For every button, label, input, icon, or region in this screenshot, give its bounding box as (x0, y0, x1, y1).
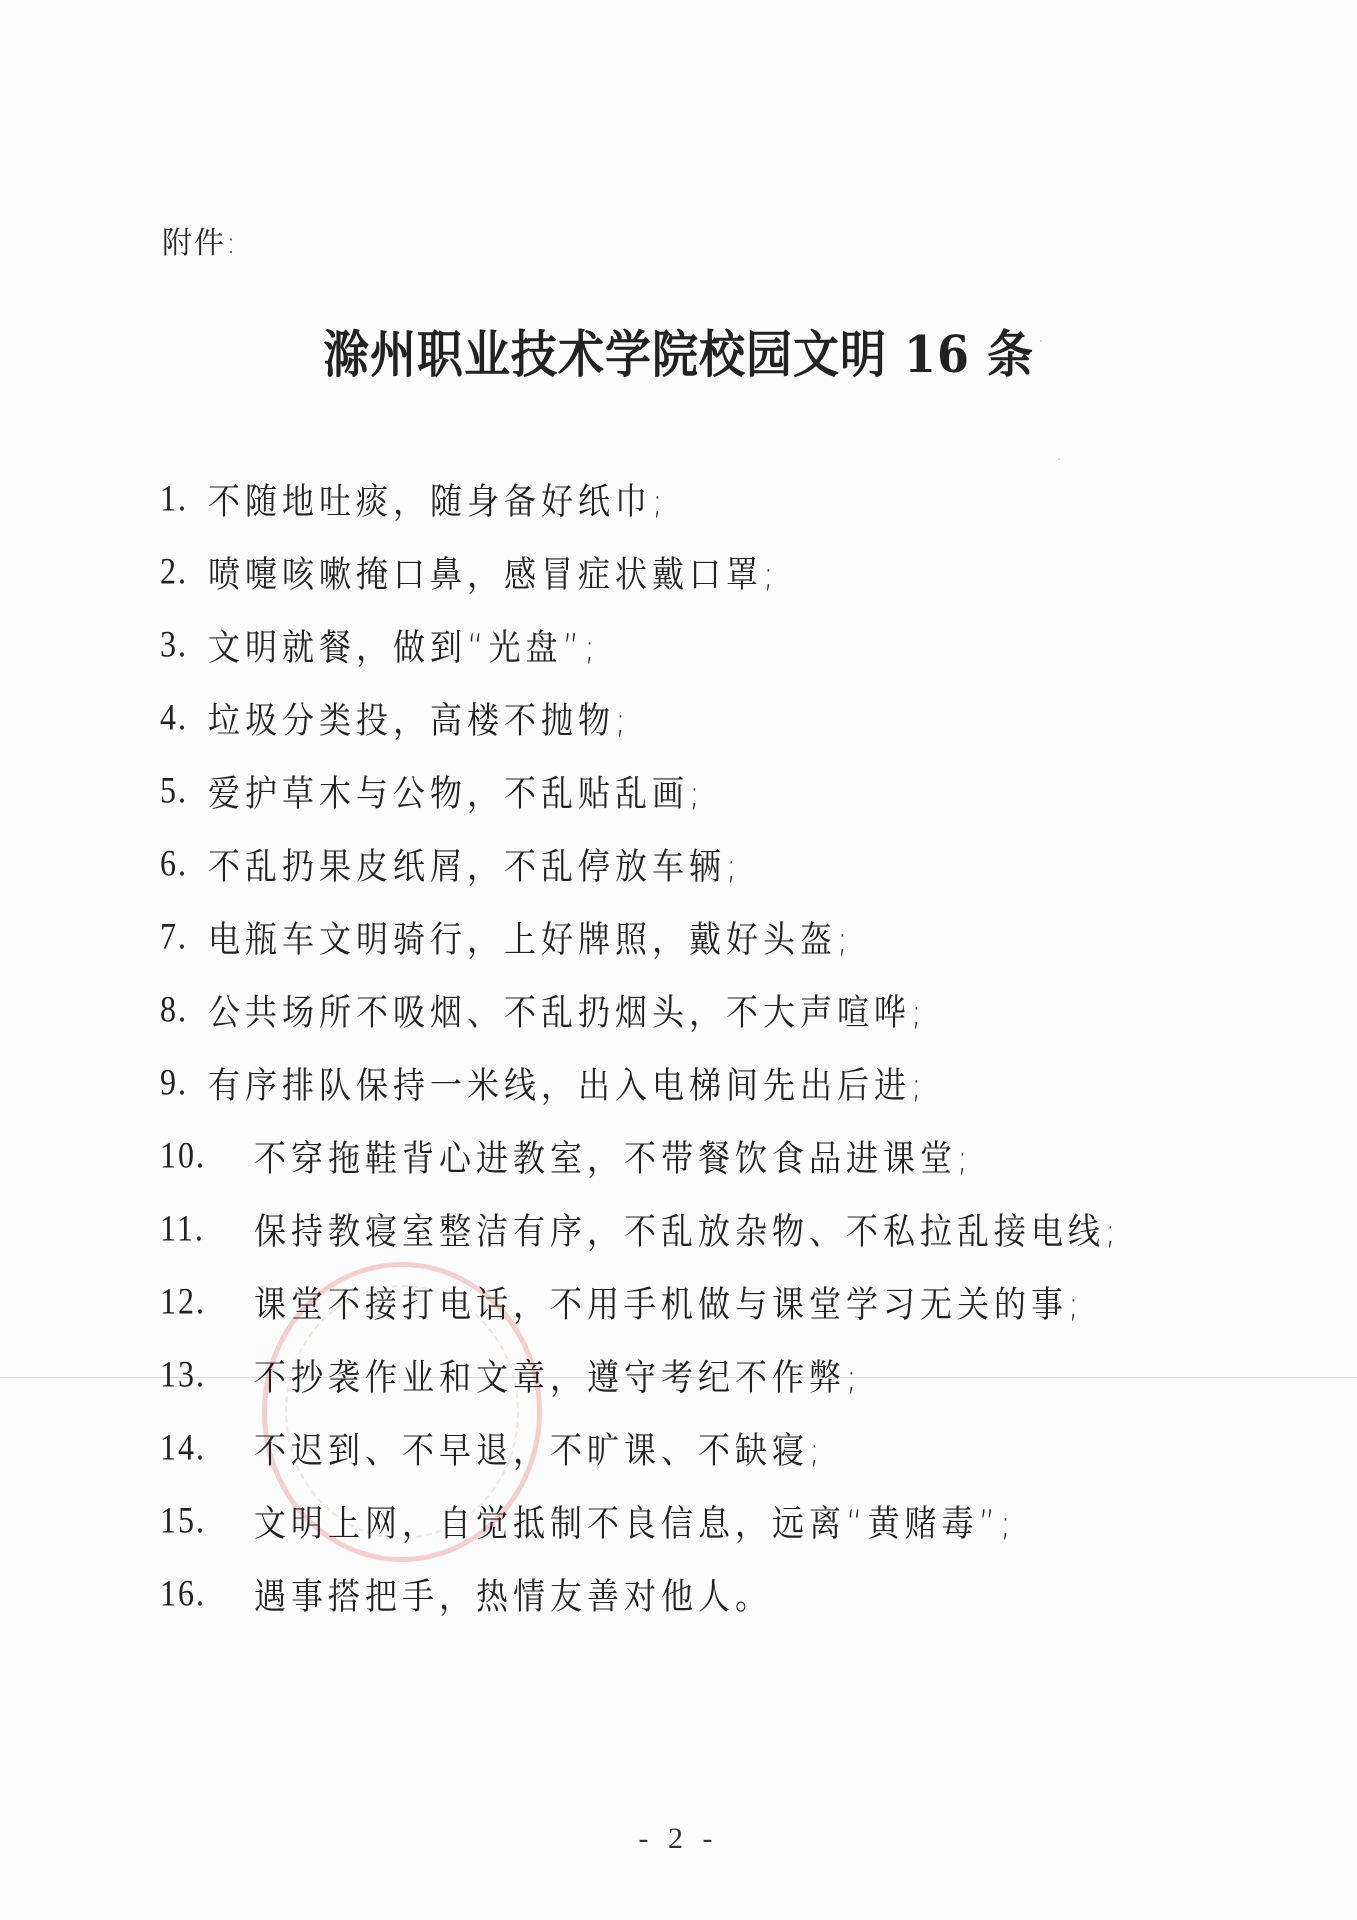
rule-item: 16. 遇事搭把手，热情友善对他人。 (160, 1557, 1121, 1630)
rule-number: 2. (160, 550, 208, 593)
rule-number: 12. (160, 1280, 254, 1323)
rule-item: 1. 不随地吐痰，随身备好纸巾; (160, 462, 1121, 535)
rule-text: 不随地吐痰，随身备好纸巾; (208, 473, 668, 525)
rule-number: 3. (160, 623, 208, 666)
rule-text: 保持教寝室整洁有序，不乱放杂物、不私拉乱接电线; (254, 1203, 1121, 1255)
rule-text: 不迟到、不早退，不旷课、不缺寝; (254, 1422, 825, 1474)
rule-number: 16. (160, 1572, 254, 1615)
rule-text: 遇事搭把手，热情友善对他人。 (254, 1568, 772, 1620)
page-number: - 2 - (0, 1822, 1357, 1856)
rule-item: 11. 保持教寝室整洁有序，不乱放杂物、不私拉乱接电线; (160, 1192, 1121, 1265)
rule-text: 爱护草木与公物，不乱贴乱画; (208, 765, 705, 817)
rule-item: 5. 爱护草木与公物，不乱贴乱画; (160, 754, 1121, 827)
rule-number: 8. (160, 988, 208, 1031)
rule-text: 课堂不接打电话，不用手机做与课堂学习无关的事; (254, 1276, 1084, 1328)
document-title: 滁州职业技术学院校园文明 16 条 (0, 315, 1357, 388)
rule-text: 有序排队保持一米线，出入电梯间先出后进; (208, 1057, 927, 1109)
rule-number: 6. (160, 842, 208, 885)
rule-number: 15. (160, 1499, 254, 1542)
rule-number: 13. (160, 1353, 254, 1396)
rule-item: 3. 文明就餐，做到“光盘”; (160, 608, 1121, 681)
scan-artifact-dot (1058, 458, 1060, 460)
rule-item: 12. 课堂不接打电话，不用手机做与课堂学习无关的事; (160, 1265, 1121, 1338)
rule-text: 不穿拖鞋背心进教室，不带餐饮食品进课堂; (254, 1130, 973, 1182)
rule-number: 5. (160, 769, 208, 812)
rule-item: 14. 不迟到、不早退，不旷课、不缺寝; (160, 1411, 1121, 1484)
rule-text: 文明上网，自觉抵制不良信息，远离“黄赌毒”; (254, 1495, 1016, 1547)
rule-number: 14. (160, 1426, 254, 1469)
attachment-label: 附件: (162, 218, 238, 262)
rule-number: 4. (160, 696, 208, 739)
rule-item: 7. 电瓶车文明骑行，上好牌照，戴好头盔; (160, 900, 1121, 973)
rule-number: 7. (160, 915, 208, 958)
rule-number: 10. (160, 1134, 254, 1177)
rules-list: 1. 不随地吐痰，随身备好纸巾; 2. 喷嚏咳嗽掩口鼻，感冒症状戴口罩; 3. … (160, 462, 1121, 1630)
rule-number: 9. (160, 1061, 208, 1104)
rule-text: 文明就餐，做到“光盘”; (208, 619, 600, 671)
rule-item: 13. 不抄袭作业和文章，遵守考纪不作弊; (160, 1338, 1121, 1411)
rule-number: 1. (160, 477, 208, 520)
document-page: 附件: 滁州职业技术学院校园文明 16 条 1. 不随地吐痰，随身备好纸巾; 2… (0, 0, 1357, 1920)
rule-text: 不乱扔果皮纸屑，不乱停放车辆; (208, 838, 742, 890)
rule-text: 公共场所不吸烟、不乱扔烟头，不大声喧哗; (208, 984, 927, 1036)
rule-item: 6. 不乱扔果皮纸屑，不乱停放车辆; (160, 827, 1121, 900)
rule-item: 10. 不穿拖鞋背心进教室，不带餐饮食品进课堂; (160, 1119, 1121, 1192)
rule-item: 8. 公共场所不吸烟、不乱扔烟头，不大声喧哗; (160, 973, 1121, 1046)
rule-text: 喷嚏咳嗽掩口鼻，感冒症状戴口罩; (208, 546, 779, 598)
rule-item: 2. 喷嚏咳嗽掩口鼻，感冒症状戴口罩; (160, 535, 1121, 608)
rule-text: 电瓶车文明骑行，上好牌照，戴好头盔; (208, 911, 853, 963)
rule-item: 9. 有序排队保持一米线，出入电梯间先出后进; (160, 1046, 1121, 1119)
rule-text: 不抄袭作业和文章，遵守考纪不作弊; (254, 1349, 862, 1401)
rule-item: 4. 垃圾分类投，高楼不抛物; (160, 681, 1121, 754)
rule-number: 11. (160, 1207, 254, 1250)
rule-text: 垃圾分类投，高楼不抛物; (208, 692, 631, 744)
rule-item: 15. 文明上网，自觉抵制不良信息，远离“黄赌毒”; (160, 1484, 1121, 1557)
